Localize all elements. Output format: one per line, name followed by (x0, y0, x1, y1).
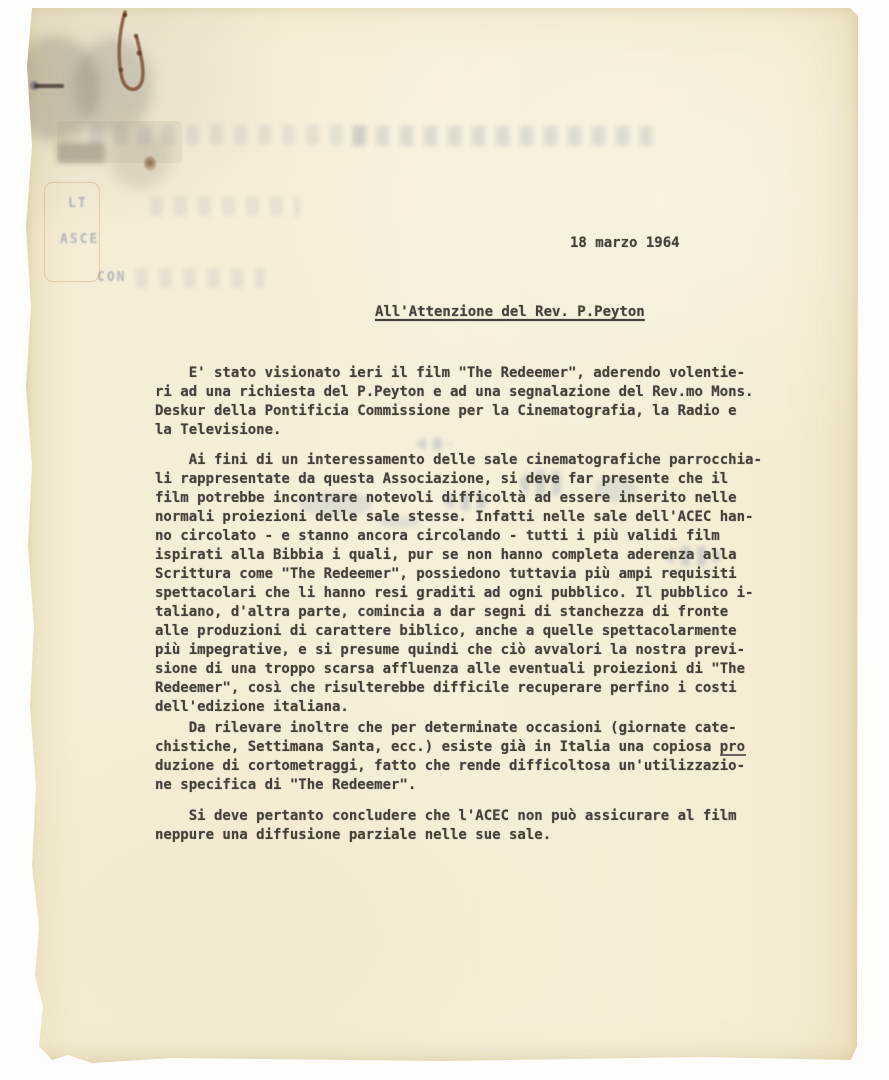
ghost-tab-label: LT (68, 196, 88, 211)
ghost-tab-label: ASCE (60, 232, 99, 247)
text-line: più impegrative, e si presume quindi che… (155, 641, 762, 660)
text-line: chistiche, Settimana Santa, ecc.) esiste… (155, 738, 745, 757)
ink-dash-stain (34, 84, 64, 88)
syllable-continuation-underline (720, 754, 746, 756)
text-line: li rappresentate da questa Associazione,… (155, 470, 762, 489)
text-line: neppure una diffusione parziale nelle su… (155, 826, 737, 845)
text-line: dell'edizione italiana. (155, 698, 762, 717)
text-line: Redeemer", così che risulterebbe diffici… (155, 679, 762, 698)
ghost-text-bleed (90, 125, 370, 145)
text-line: ne specifica di "The Redeemer". (155, 776, 745, 795)
ghost-text-bleed (352, 126, 652, 146)
text-line: ispirati alla Bibbia i quali, pur se non… (155, 546, 762, 565)
text-line: Ai fini di un interessamento delle sale … (155, 451, 762, 470)
text-line: spettacolari che li hanno resi graditi a… (155, 584, 762, 603)
text-line: sione di una troppo scarsa affluenza all… (155, 660, 762, 679)
text-line: Scrittura come "The Redeemer", possiedon… (155, 565, 762, 584)
text-line: E' stato visionato ieri il film "The Red… (155, 364, 753, 383)
text-line: ri ad una richiesta del P.Peyton e ad un… (155, 383, 753, 402)
text-line: taliano, d'altra parte, comincia a dar s… (155, 603, 762, 622)
paragraph: Ai fini di un interessamento delle sale … (155, 451, 762, 717)
text-line: no circolato - e stanno ancora circoland… (155, 527, 762, 546)
text-line: film potrebbe incontrare notevoli diffic… (155, 489, 762, 508)
text-line: duzione di cortometraggi, fatto che rend… (155, 757, 745, 776)
ghost-stamp-blob (57, 143, 105, 163)
letter-heading: All'Attenzione del Rev. P.Peyton (375, 303, 645, 322)
text-line: normali proiezioni delle sale stesse. In… (155, 508, 762, 527)
text-line: Deskur della Pontificia Commissione per … (155, 402, 753, 421)
ghost-text-bleed (135, 268, 265, 288)
text-line: Da rilevare inoltre che per determinate … (155, 719, 745, 738)
paragraph: E' stato visionato ieri il film "The Red… (155, 364, 753, 440)
paragraph: Si deve pertanto concludere che l'ACEC n… (155, 807, 737, 845)
document-page: LT ASCE CON 18 marzo 1964 All'Attenzione… (22, 8, 858, 1064)
date-line: 18 marzo 1964 (570, 234, 680, 253)
ghost-text-bleed (150, 196, 300, 216)
rust-hook-stain (92, 8, 150, 112)
paragraph: Da rilevare inoltre che per determinate … (155, 719, 745, 795)
text-line: alle produzioni di carattere biblico, an… (155, 622, 762, 641)
ghost-tab-label: CON (97, 270, 126, 285)
text-line: Si deve pertanto concludere che l'ACEC n… (155, 807, 737, 826)
text-line: la Televisione. (155, 421, 753, 440)
